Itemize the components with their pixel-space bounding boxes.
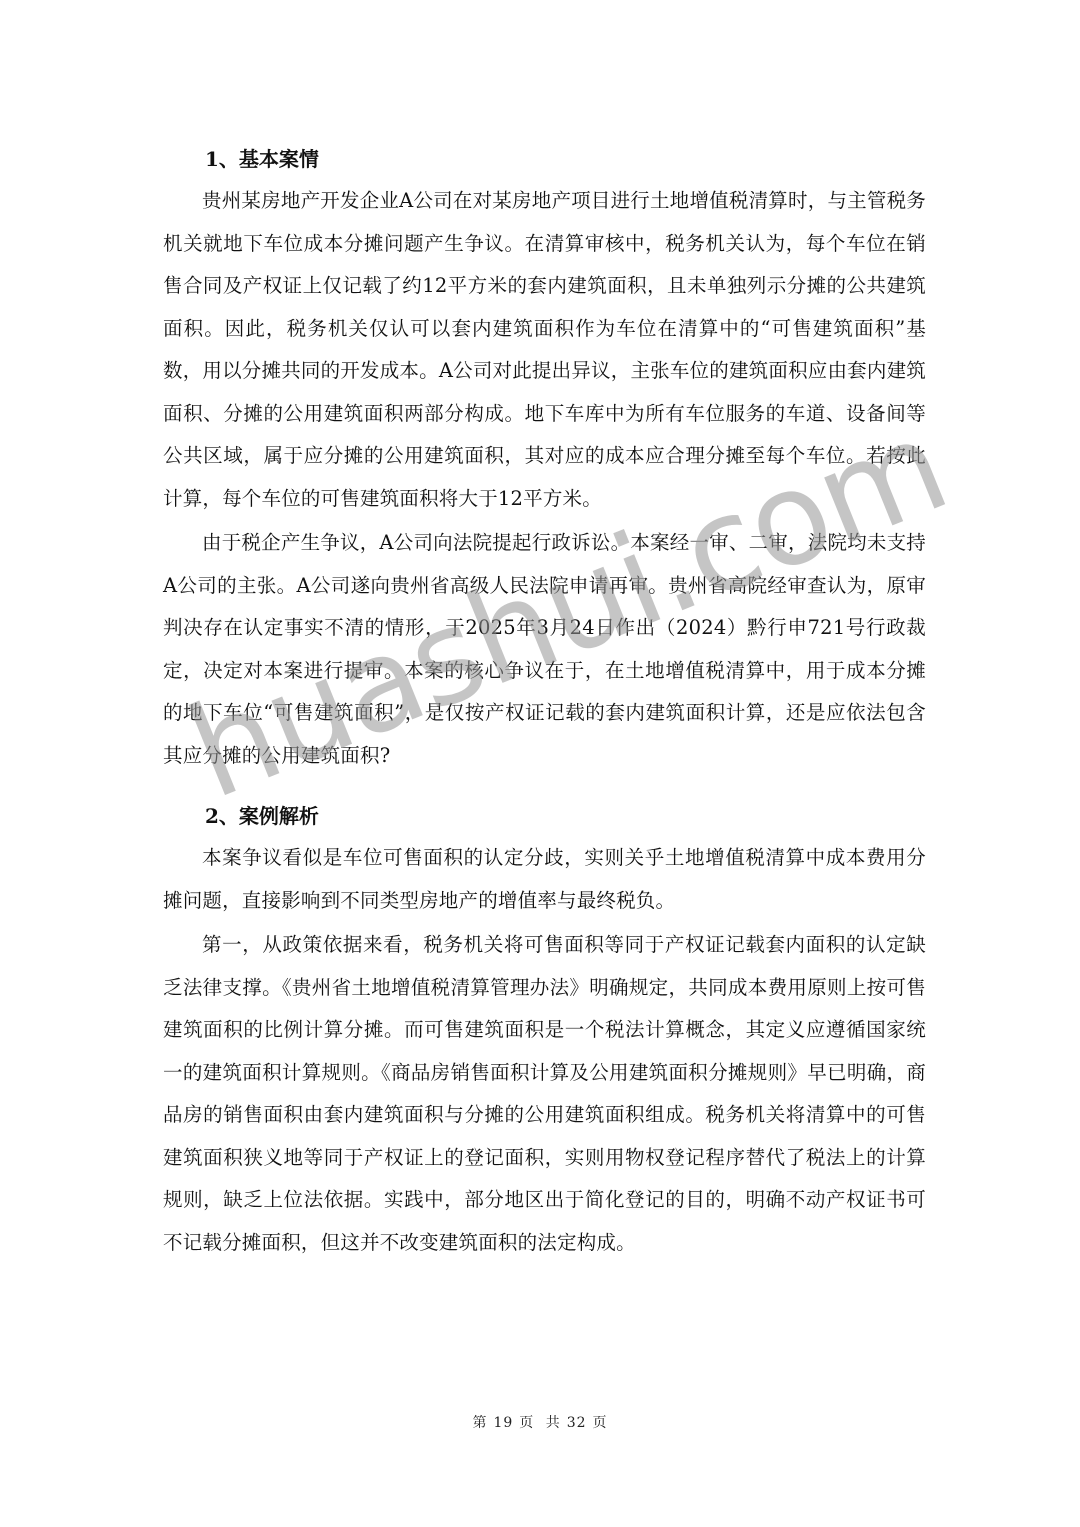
paragraph-analysis-first-point: 第一，从政策依据来看，税务机关将可售面积等同于产权证记载套内面积的认定缺乏法律支… [163, 924, 926, 1264]
footer-middle: 页 共 [519, 1415, 560, 1431]
footer-suffix: 页 [593, 1415, 608, 1431]
section-heading-basic-facts: 1、基本案情 [163, 138, 926, 180]
page-footer: 第19页 共32页 [0, 1412, 1080, 1432]
page-content: 1、基本案情 贵州某房地产开发企业A公司在对某房地产项目进行土地增值税清算时，与… [163, 138, 926, 1264]
paragraph-litigation: 由于税企产生争议，A公司向法院提起行政诉讼。本案经一审、二审，法院均未支持A公司… [163, 522, 926, 777]
paragraph-case-background: 贵州某房地产开发企业A公司在对某房地产项目进行土地增值税清算时，与主管税务机关就… [163, 180, 926, 520]
paragraph-analysis-intro: 本案争议看似是车位可售面积的认定分歧，实则关乎土地增值税清算中成本费用分摊问题，… [163, 837, 926, 922]
footer-current-page: 19 [493, 1415, 513, 1431]
footer-total-pages: 32 [567, 1415, 587, 1431]
section-heading-case-analysis: 2、案例解析 [163, 795, 926, 837]
document-page: 1、基本案情 贵州某房地产开发企业A公司在对某房地产项目进行土地增值税清算时，与… [0, 0, 1080, 1527]
footer-prefix: 第 [472, 1415, 487, 1431]
